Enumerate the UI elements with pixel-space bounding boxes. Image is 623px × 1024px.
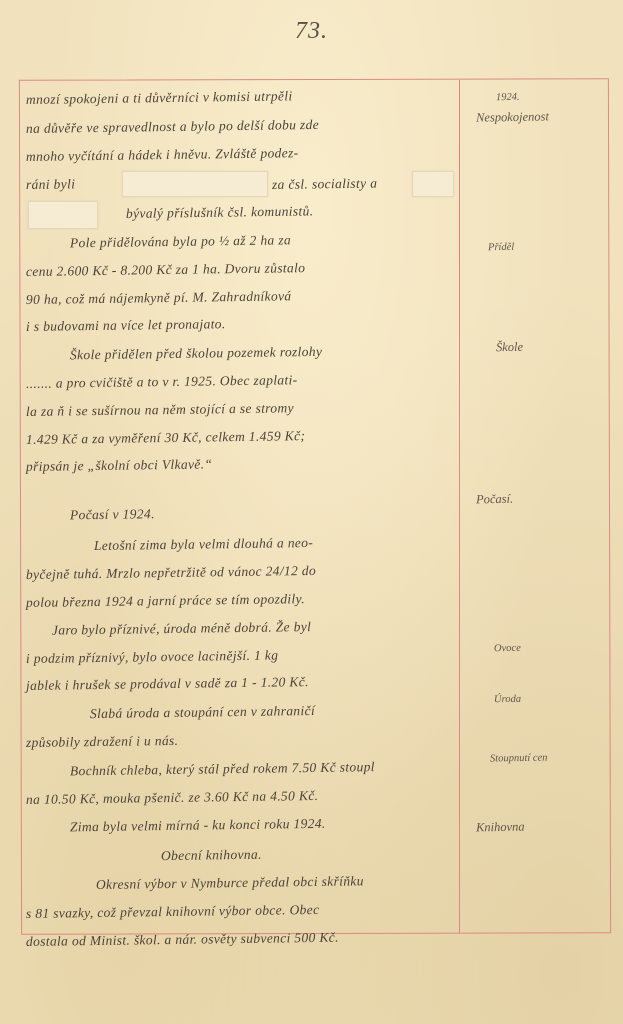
text-line: dostala od Minist. škol. a nár. osvěty s… [26, 930, 339, 950]
section-heading-library: Obecní knihovna. [26, 847, 262, 866]
text-line: připsán je „školní obci Vlkavě.“ [26, 456, 213, 475]
margin-divider [459, 80, 460, 933]
margin-note-price-rise: Stoupnutí cen [490, 752, 548, 764]
redacted-name-3 [28, 201, 98, 229]
margin-note-weather: Počasí. [476, 492, 513, 508]
text-line: za čsl. socialisty a [272, 176, 377, 193]
redacted-name-1 [122, 171, 268, 197]
section-heading-weather: Počasí v 1924. [26, 506, 155, 524]
margin-note-allocation: Příděl [488, 242, 514, 253]
margin-note-discontent: Nespokojenost [476, 109, 549, 125]
text-line: ráni byli [26, 176, 75, 193]
margin-note-school: Škole [496, 340, 523, 355]
margin-note-harvest: Úroda [494, 694, 521, 705]
margin-note-fruit: Ovoce [494, 643, 521, 654]
text-line: bývalý příslušník čsl. komunistů. [126, 203, 314, 222]
margin-note-year: 1924. [496, 92, 520, 103]
redacted-name-2 [412, 171, 454, 197]
text-line: způsobily zdražení i u nás. [26, 733, 179, 751]
page-number: 73. [0, 18, 623, 45]
text-line: i s budovami na více let pronajato. [26, 316, 226, 335]
margin-note-library: Knihovna [476, 820, 525, 836]
margin-column: 1924. Nespokojenost Příděl Škole Počasí.… [462, 88, 607, 928]
